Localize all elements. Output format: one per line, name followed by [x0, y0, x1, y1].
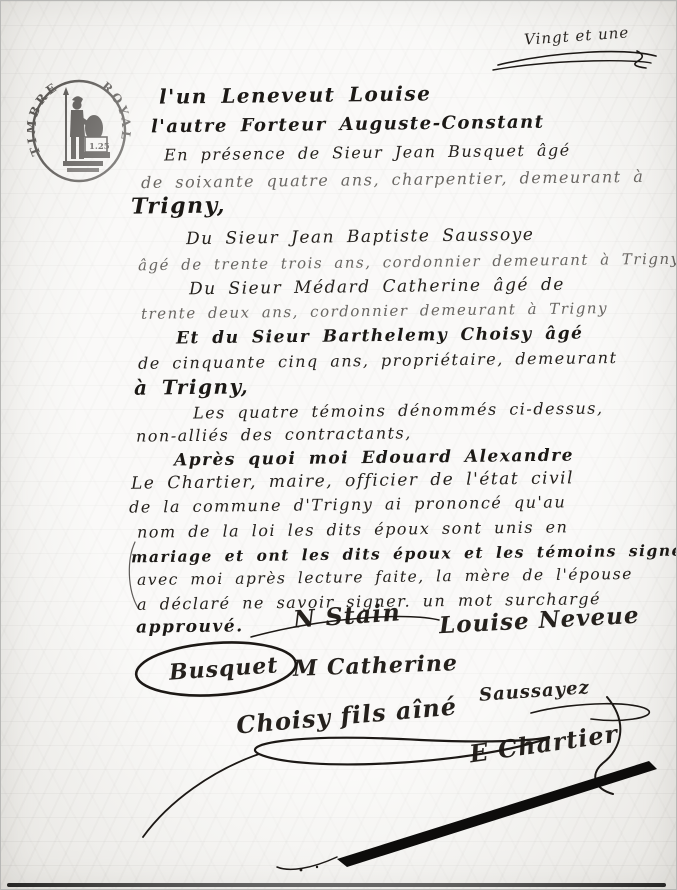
manuscript-line: trente deux ans, cordonnier demeurant à …	[141, 299, 608, 323]
signature-groom: N Stain	[292, 597, 402, 633]
manuscript-line: Et du Sieur Barthelemy Choisy âgé	[176, 324, 584, 349]
manuscript-line: l'un Leneveut Louise	[159, 81, 432, 108]
manuscript-line: l'autre Forteur Auguste-Constant	[151, 112, 545, 138]
manuscript-line: de soixante quatre ans, charpentier, dem…	[141, 167, 645, 192]
manuscript-line: à Trigny,	[134, 374, 249, 399]
manuscript-line: âgé de trente trois ans, cordonnier deme…	[138, 250, 677, 275]
manuscript-line: non-alliés des contractants,	[136, 423, 412, 445]
manuscript-line: de la commune d'Trigny ai prononcé qu'au	[129, 492, 566, 516]
manuscript-line: Après quoi moi Edouard Alexandre	[174, 446, 574, 471]
manuscript-line: Les quatre témoins dénommés ci-dessus,	[193, 398, 604, 422]
signature-mayor: E Chartier	[468, 719, 620, 769]
manuscript-line: Du Sieur Médard Catherine âgé de	[189, 275, 565, 300]
manuscript-line: nom de la loi les dits époux sont unis e…	[137, 517, 569, 541]
signature-witness-catherine: M Catherine	[293, 650, 459, 682]
manuscript-line: Le Chartier, maire, officier de l'état c…	[131, 468, 574, 493]
manuscript-text-layer: Vingt et une l'un Leneveut Louise l'autr…	[1, 1, 676, 889]
manuscript-line: En présence de Sieur Jean Busquet âgé	[164, 141, 571, 165]
signature-witness-busquet: Busquet	[168, 652, 279, 686]
scanned-document-page: TIMBRE ROYAL 1.25	[0, 0, 677, 890]
manuscript-line: approuvé.	[136, 616, 244, 637]
signature-witness-saussoye: Saussayez	[478, 677, 590, 706]
manuscript-line: Du Sieur Jean Baptiste Saussoye	[186, 225, 535, 249]
signature-witness-choisy: Choisy fils aîné	[235, 691, 458, 739]
page-number-annotation: Vingt et une	[524, 23, 630, 48]
manuscript-line: de cinquante cinq ans, propriétaire, dem…	[138, 348, 618, 373]
manuscript-line: mariage et ont les dits époux et les tém…	[131, 541, 677, 567]
manuscript-line: Trigny,	[131, 192, 226, 219]
manuscript-line: avec moi après lecture faite, la mère de…	[137, 565, 633, 589]
